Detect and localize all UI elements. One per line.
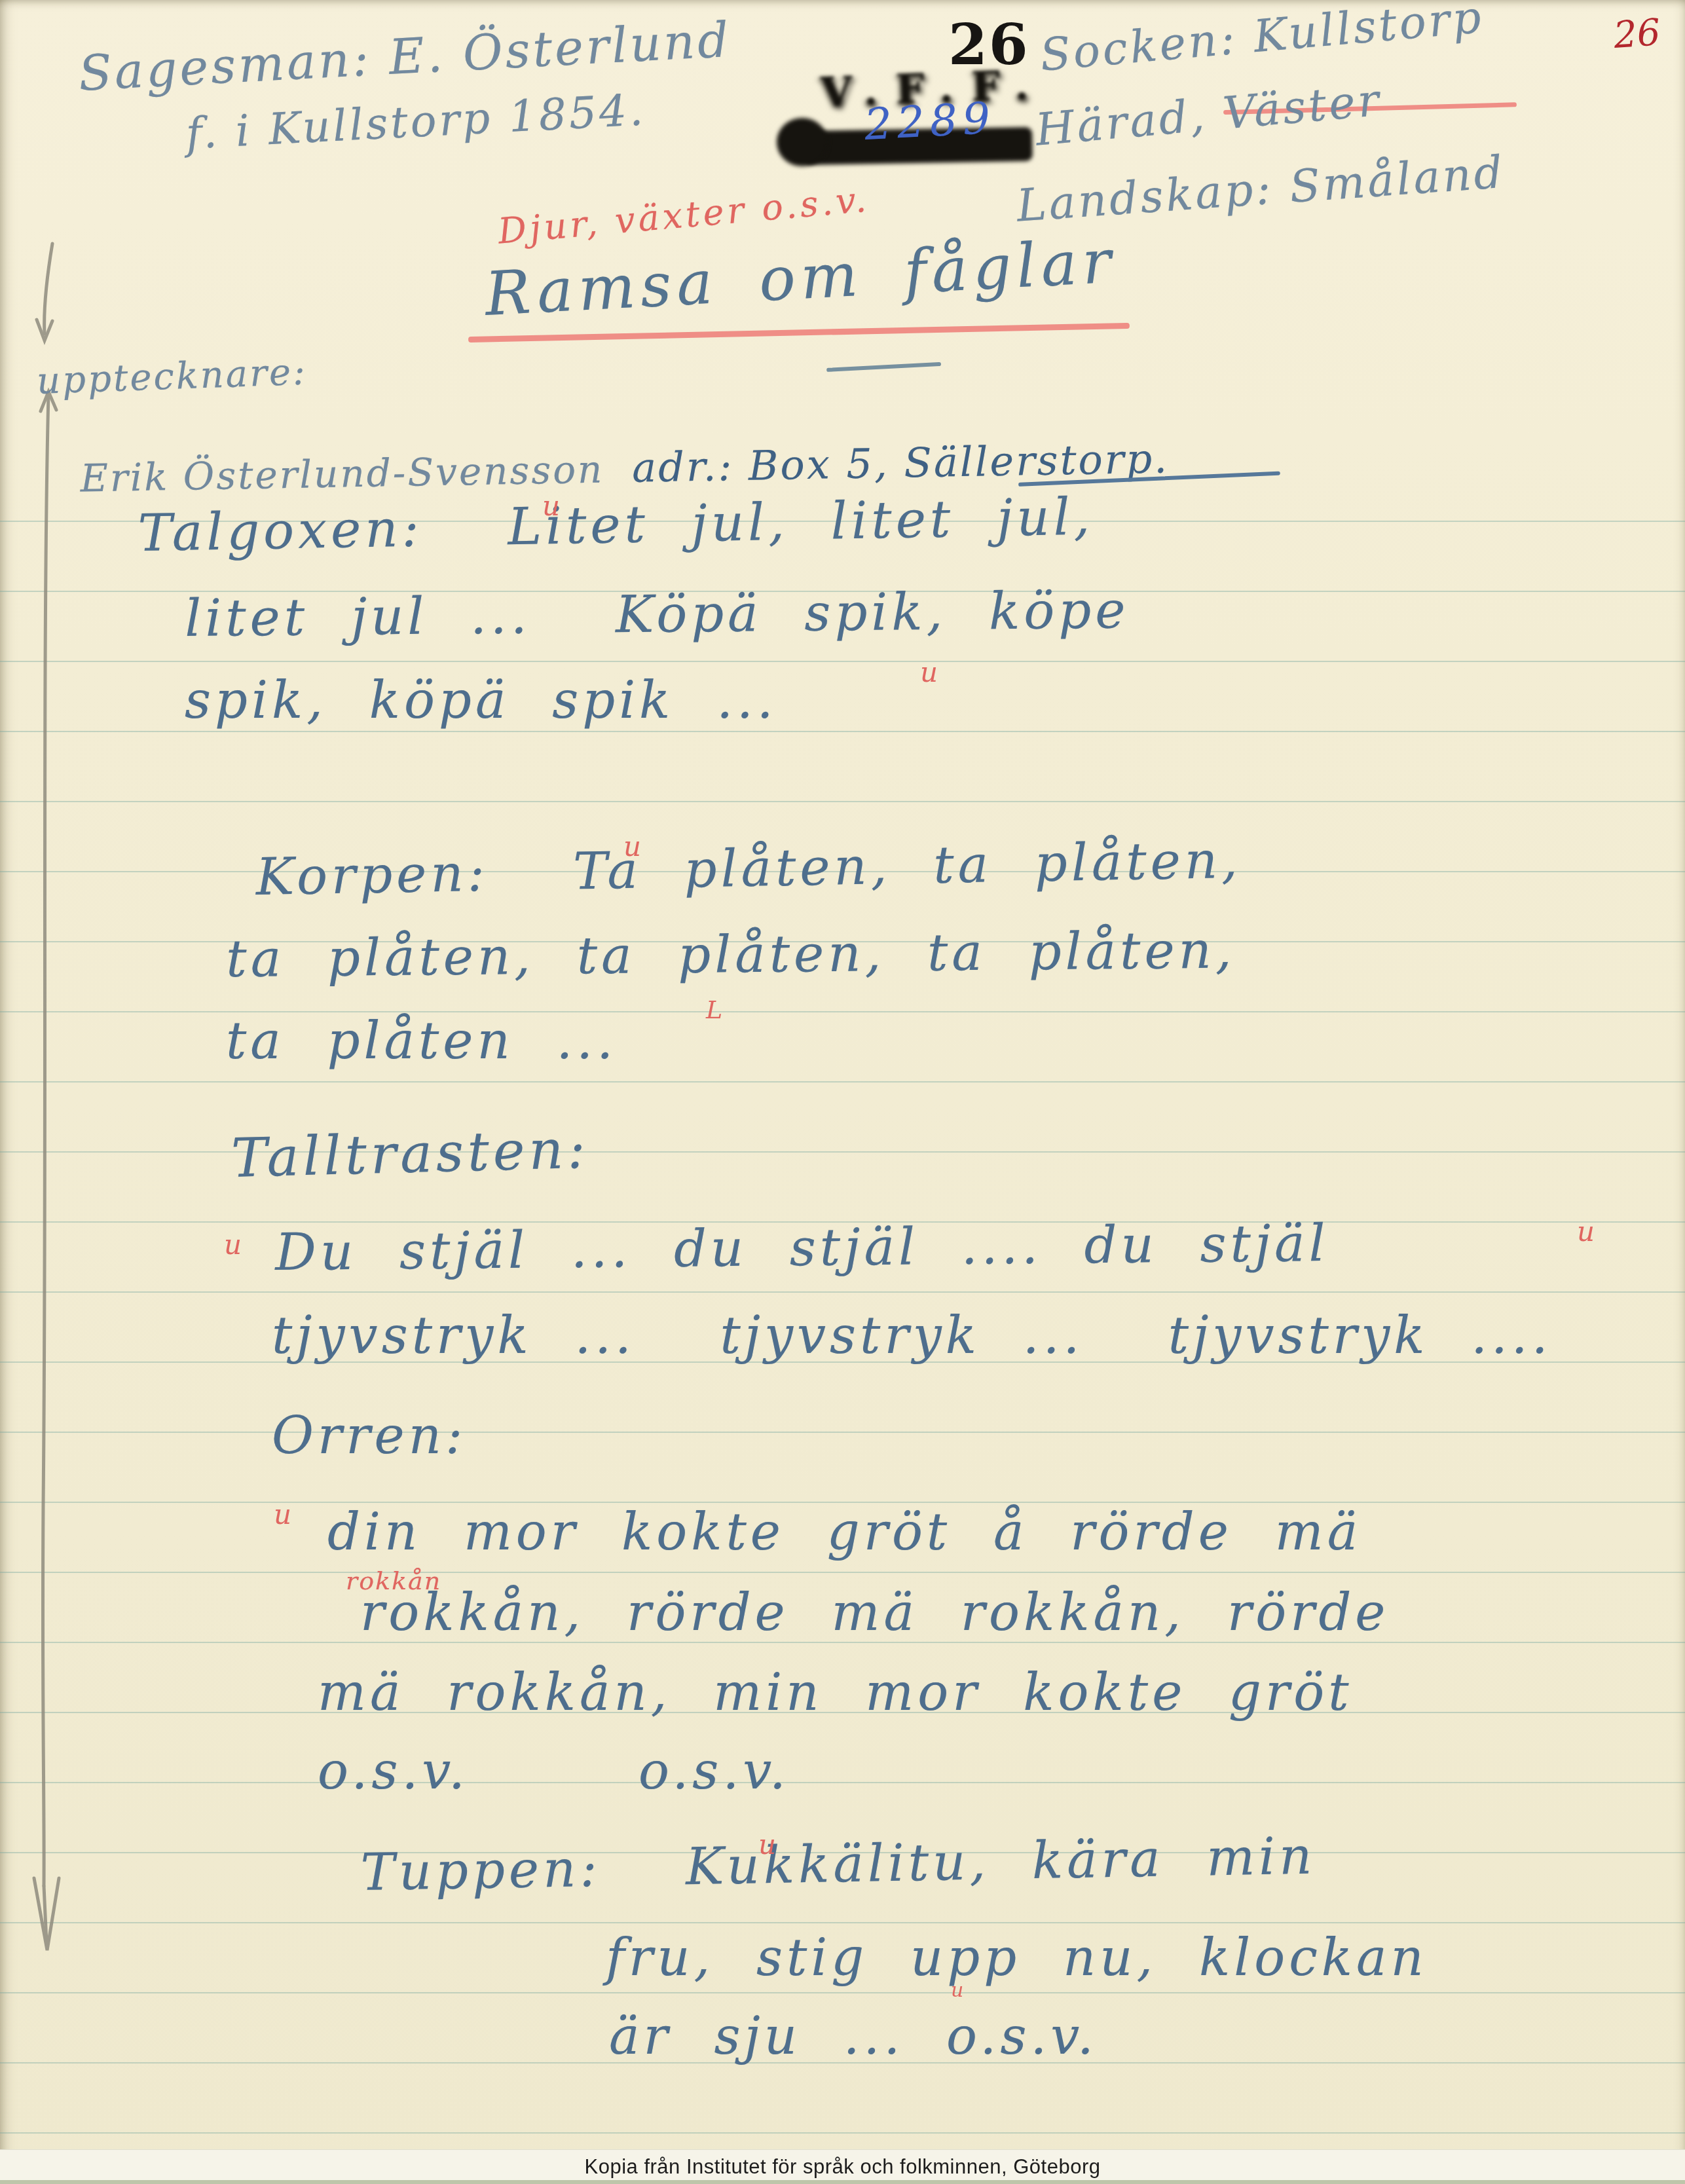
scanned-manuscript-page: Sagesman: E. Österlund f. i Kullstorp 18… <box>0 0 1685 2184</box>
red-caret-mark: u <box>623 830 641 862</box>
birthplace-line: f. i Kullstorp 1854. <box>185 84 647 159</box>
title-blue-dash <box>826 362 941 372</box>
talltrasten-line-3: tjyvstryk ... tjyvstryk ... tjyvstryk ..… <box>272 1306 1551 1365</box>
korpen-line-2: ta plåten, ta plåten, ta plåten, <box>226 921 1236 989</box>
red-caret-mark: u <box>274 1498 291 1530</box>
red-corner-mark: L <box>706 995 722 1024</box>
tuppen-line-2: fru, stig upp nu, klockan <box>606 1929 1428 1988</box>
stamp-number: 2289 <box>863 93 997 150</box>
recorder-label: upptecknare: <box>36 351 308 403</box>
talgoxen-line-3: spik, köpä spik ... <box>185 671 777 730</box>
red-caret-mark: u <box>951 1979 963 2002</box>
orren-line-3: rokkån, rörde mä rokkån, rörde <box>360 1583 1390 1642</box>
red-caret-mark: u <box>1577 1215 1595 1248</box>
orren-line-5: o.s.v. o.s.v. <box>318 1742 790 1801</box>
red-caret-mark: u <box>542 490 560 522</box>
talgoxen-line-2: litet jul ... Köpä spik, köpe <box>185 581 1130 648</box>
orren-line-2: din mor kokte gröt å rörde mä <box>327 1503 1361 1562</box>
red-caret-mark: u <box>758 1828 776 1860</box>
korpen-line-1: Korpen: Ta plåten, ta plåten, <box>255 831 1242 907</box>
pencil-arrow-short <box>45 244 52 334</box>
pencil-arrow-long <box>43 394 48 1886</box>
title-red-underline <box>468 323 1130 342</box>
recorder-address: adr.: Box 5, <box>632 439 904 492</box>
talltrasten-line-2: Du stjäl ... du stjäl .... du stjäl <box>275 1214 1329 1282</box>
pencil-arrow-long-head-down <box>34 1878 59 1950</box>
pencil-arrow-long-tail <box>44 1886 46 1942</box>
red-caret-mark: u <box>920 656 938 688</box>
red-annotation: rokkån <box>346 1566 441 1595</box>
orren-heading: Orren: <box>272 1407 466 1466</box>
talltrasten-heading: Talltrasten: <box>231 1119 590 1190</box>
footer-bar: Kopia från Institutet för språk och folk… <box>0 2149 1685 2184</box>
scan-bottom-edge <box>0 2180 1685 2184</box>
korpen-line-3: ta plåten ... <box>226 1012 617 1071</box>
footer-text: Kopia från Institutet för språk och folk… <box>585 2155 1101 2179</box>
red-caret-mark: u <box>224 1229 242 1261</box>
socken-line: Socken: Kullstorp <box>1038 0 1485 82</box>
harad-line: Härad, Väster <box>1033 75 1384 157</box>
pencil-arrow-short-head <box>37 320 52 341</box>
category-note: Djur, växter o.s.v. <box>496 178 871 251</box>
tuppen-line-1: Tuppen: Kukkälitu, kära min <box>360 1827 1316 1902</box>
orren-line-4: mä rokkån, min mor kokte gröt <box>318 1663 1353 1722</box>
tuppen-line-3: är sju ... o.s.v. <box>609 2007 1098 2066</box>
stamp-blot <box>777 118 828 166</box>
landskap-line: Landskap: Småland <box>1015 147 1507 232</box>
corner-page-number: 26 <box>1612 11 1662 57</box>
